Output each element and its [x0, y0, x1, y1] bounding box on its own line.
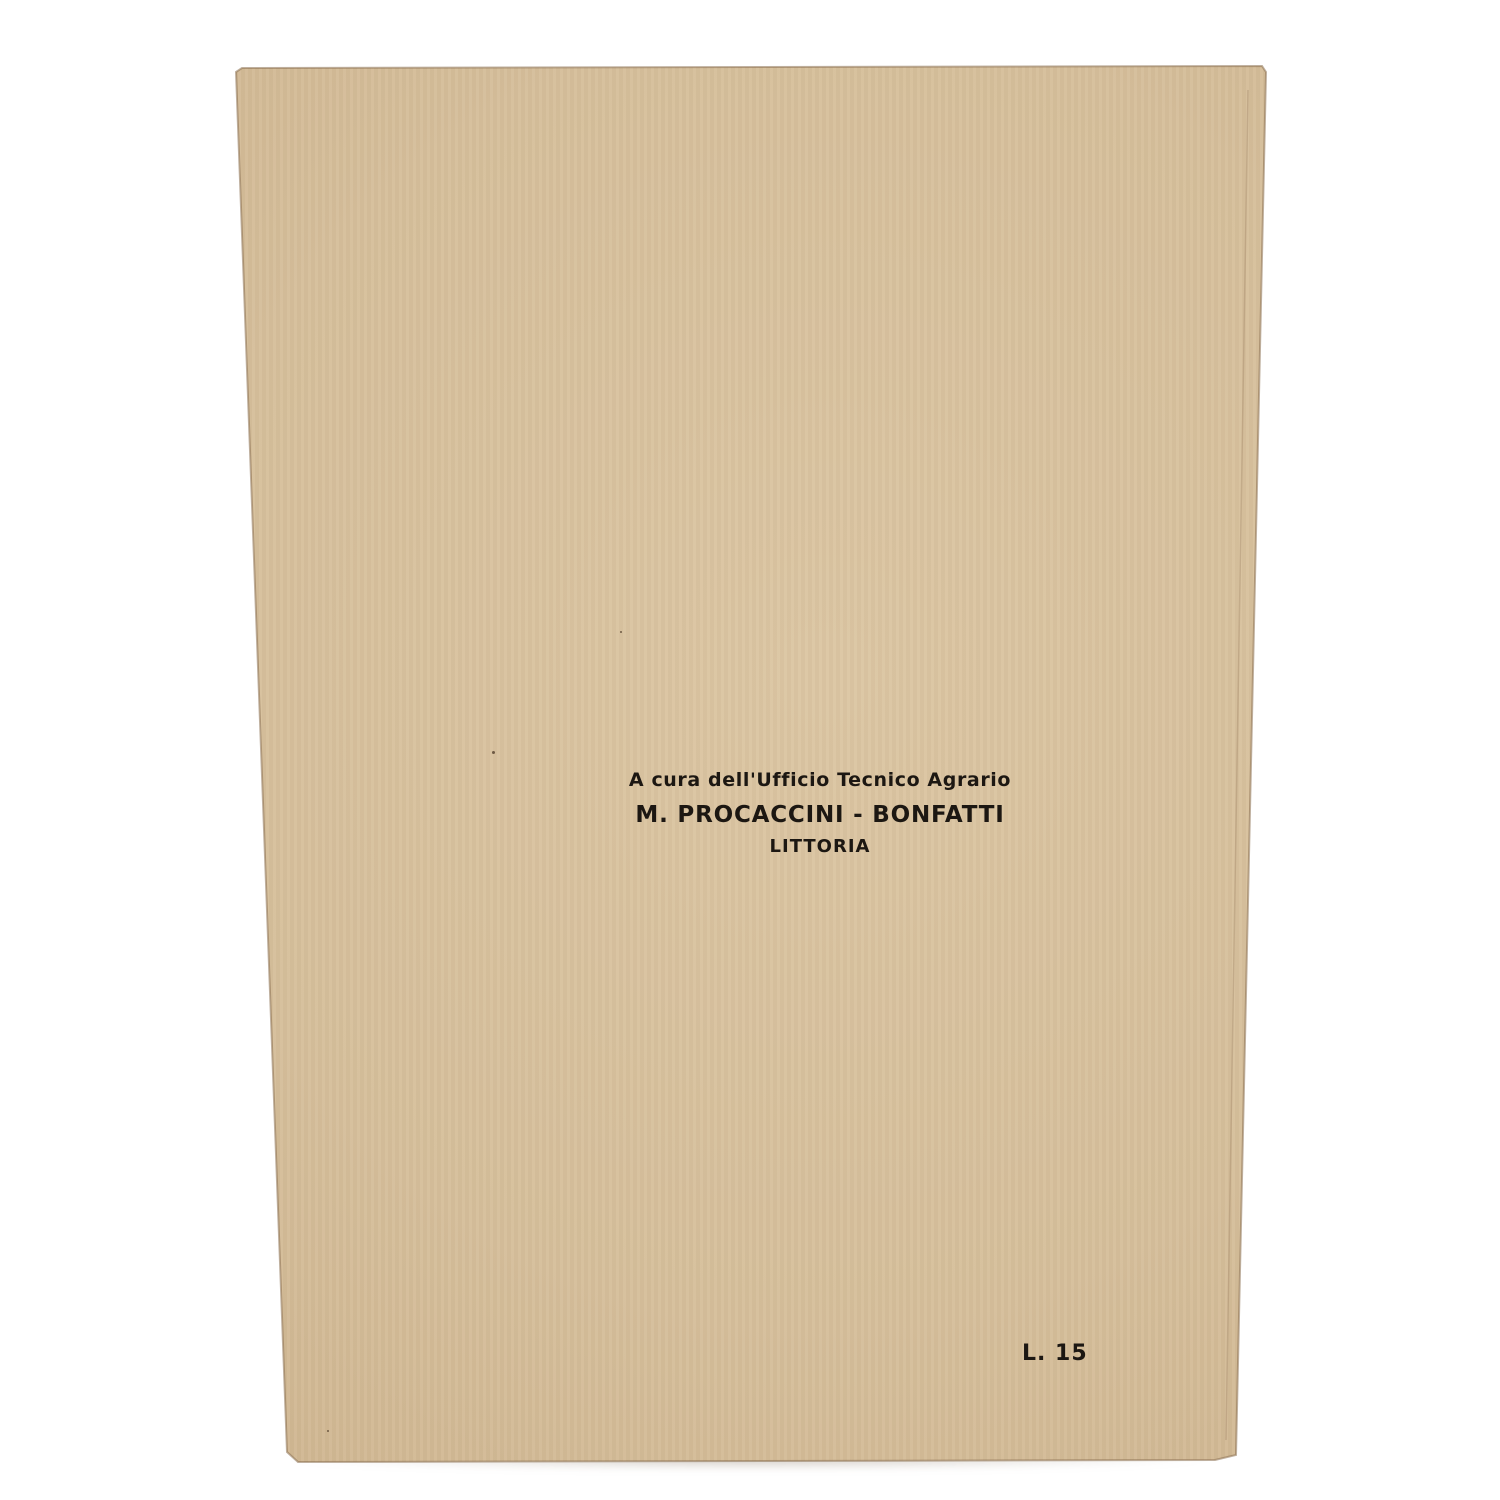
- paper-speck: [492, 751, 495, 754]
- price-label: L. 15: [1022, 1341, 1088, 1366]
- publisher-name: M. PROCACCINI - BONFATTI: [580, 798, 1060, 832]
- book-back-cover: [0, 0, 1500, 1500]
- credit-line: A cura dell'Ufficio Tecnico Agrario: [580, 766, 1060, 794]
- paper-speck: [620, 631, 622, 633]
- imprint-block: A cura dell'Ufficio Tecnico Agrario M. P…: [580, 766, 1060, 860]
- paper-speck: [327, 1430, 329, 1432]
- publisher-city: LITTORIA: [580, 834, 1060, 860]
- photo-stage: A cura dell'Ufficio Tecnico Agrario M. P…: [0, 0, 1500, 1500]
